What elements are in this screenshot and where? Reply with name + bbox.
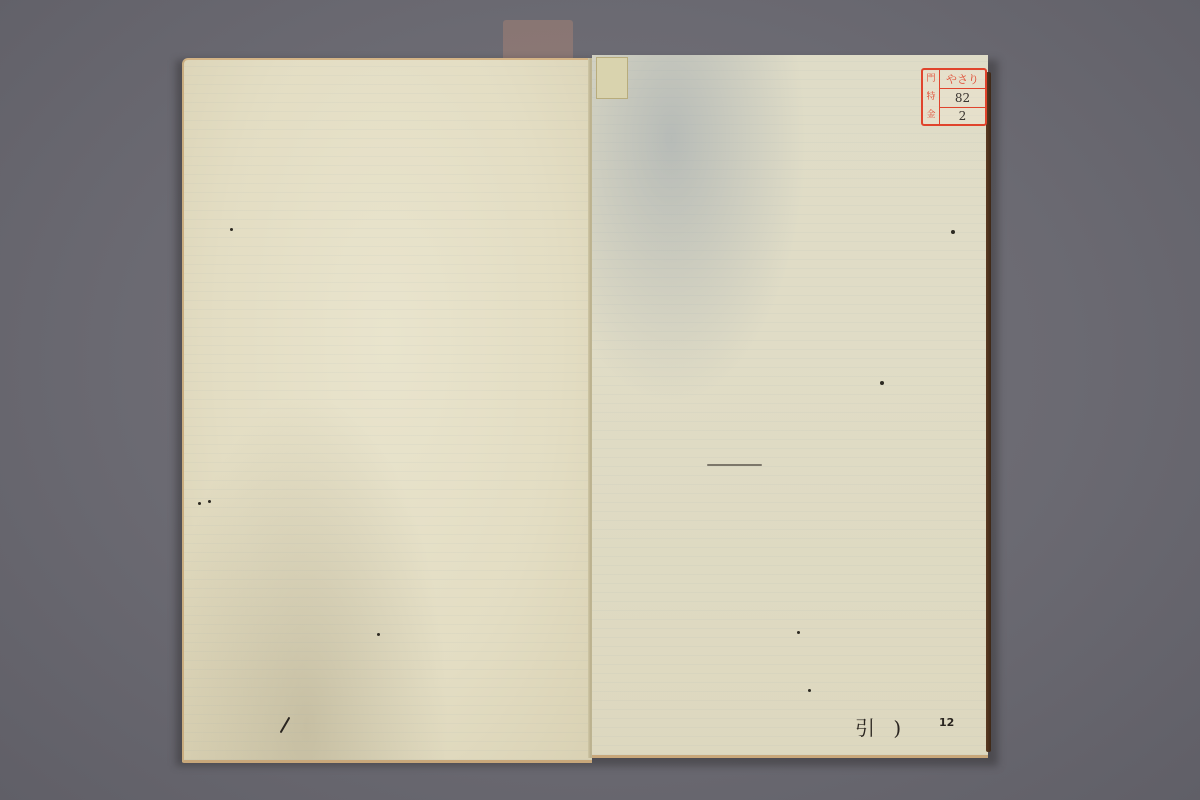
book-fore-edge (986, 72, 991, 752)
library-stamp: 門 特 金 やさり 82 2 (921, 68, 987, 126)
paper-speck (208, 500, 211, 503)
stamp-row-title: やさり (940, 70, 985, 89)
paper-speck (230, 228, 233, 231)
paper-texture (184, 60, 592, 760)
paper-speck (808, 689, 811, 692)
paper-speck (880, 381, 884, 385)
stamp-row-number: 82 (940, 89, 985, 108)
stamp-char: 特 (926, 93, 935, 102)
handwritten-marks: 引 ) (855, 712, 907, 741)
paper-speck (797, 631, 800, 634)
stamp-char: 金 (926, 111, 935, 120)
paper-speck (951, 230, 955, 234)
stamp-label-column: 門 特 金 (923, 70, 940, 124)
paper-tab (596, 57, 628, 99)
page-number: 12 (939, 716, 954, 729)
left-page (182, 58, 592, 763)
paper-speck (198, 502, 201, 505)
paper-texture (592, 55, 988, 755)
paper-speck (377, 633, 380, 636)
right-page (592, 55, 988, 758)
stamp-char: 門 (926, 75, 935, 84)
ink-mark (707, 464, 762, 466)
stamp-row-volume: 2 (940, 107, 985, 125)
